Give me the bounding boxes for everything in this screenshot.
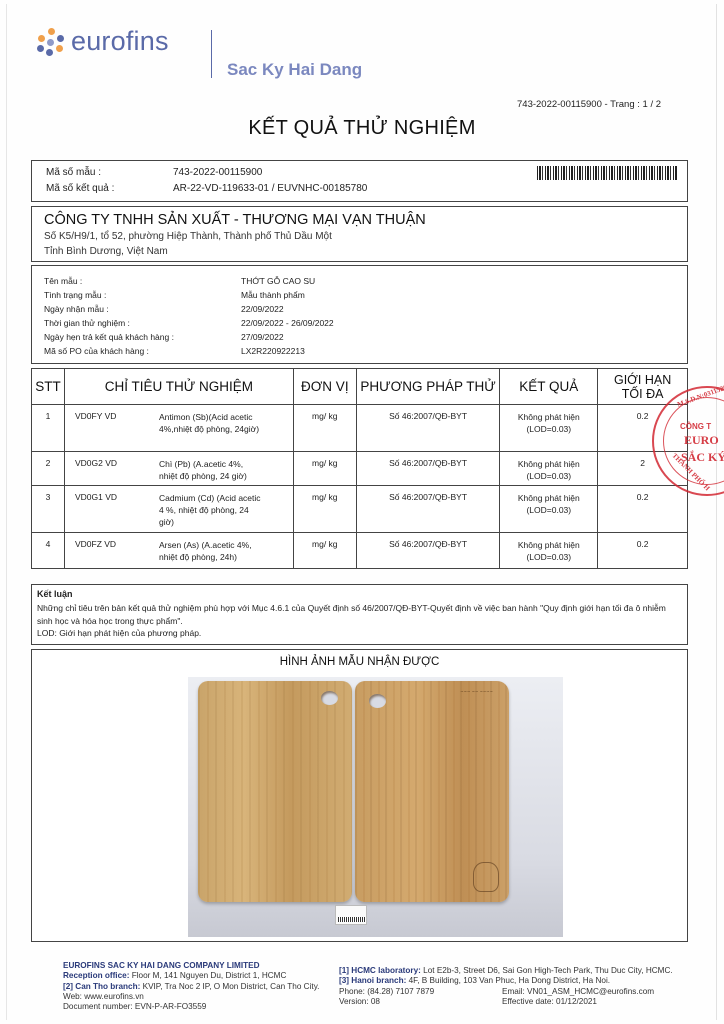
cell-unit: mg/ kg xyxy=(293,452,356,486)
sample-info-row: Ngày hẹn trả kết quả khách hàng :27/09/2… xyxy=(44,332,284,342)
footer-cantho: [2] Can Tho branch: KVIP, Tra Noc 2 IP, … xyxy=(63,982,319,992)
brand-mark-icon xyxy=(473,862,499,892)
footer-reception-label: Reception office: xyxy=(63,971,129,980)
hang-hole-icon xyxy=(369,694,386,708)
document-title: KẾT QUẢ THỬ NGHIỆM xyxy=(0,117,724,140)
sample-info-label: Ngày nhận mẫu : xyxy=(44,304,241,314)
cell-method: Số 46:2007/QĐ-BYT xyxy=(356,533,500,569)
cell-result: Không phát hiện(LOD=0.03) xyxy=(500,486,598,533)
sample-code-label: Mã số mẫu : xyxy=(46,167,173,178)
header-limit: GIỚI HẠNTỐI ĐA xyxy=(598,369,688,405)
sample-info-row: Tình trạng mẫu :Mẫu thành phẩm xyxy=(44,290,305,300)
conclusion-box: Kết luận Những chỉ tiêu trên bản kết quả… xyxy=(31,584,688,645)
parameter-code: VD0FZ VD xyxy=(75,539,159,563)
cell-unit: mg/ kg xyxy=(293,486,356,533)
cell-limit: 0.2 xyxy=(598,486,688,533)
results-header-row: STT CHỈ TIÊU THỬ NGHIỆM ĐƠN VỊ PHƯƠNG PH… xyxy=(32,369,688,405)
table-row: 2 VD0G2 VDChì (Pb) (A.acetic 4%, nhiệt đ… xyxy=(32,452,688,486)
footer-reception-address: Floor M, 141 Nguyen Du, District 1, HCMC xyxy=(129,971,286,980)
footer-effective-date: Effective date: 01/12/2021 xyxy=(502,997,597,1007)
seal-line2: EURO xyxy=(684,433,719,448)
parameter-name: Arsen (As) (A.acetic 4%, nhiệt độ phòng,… xyxy=(159,539,261,563)
sample-info-label: Thời gian thử nghiệm : xyxy=(44,318,241,328)
header-result: KẾT QUẢ xyxy=(500,369,598,405)
result-lod: (LOD=0.03) xyxy=(526,471,571,481)
customer-address-line2: Tỉnh Bình Dương, Việt Nam xyxy=(44,246,168,257)
footer-hanoi-label: [3] Hanoi branch: xyxy=(339,976,406,985)
result-code-value: AR-22-VD-119633-01 / EUVNHC-00185780 xyxy=(173,183,367,194)
cell-unit: mg/ kg xyxy=(293,533,356,569)
eurofins-logo: eurofins xyxy=(36,26,169,57)
sample-ids-box: Mã số mẫu : 743-2022-00115900 Mã số kết … xyxy=(31,160,688,202)
sample-info-row: Mã số PO của khách hàng :LX2R220922213 xyxy=(44,346,305,356)
cell-parameter: VD0FY VDAntimon (Sb)(Acid acetic 4%,nhiệ… xyxy=(64,405,293,452)
result-lod: (LOD=0.03) xyxy=(526,424,571,434)
sample-label-sticker xyxy=(335,905,367,925)
customer-name: CÔNG TY TNHH SẢN XUẤT - THƯƠNG MẠI VẠN T… xyxy=(44,212,426,228)
footer-phone: Phone: (84.28) 7107 7879 xyxy=(339,987,502,997)
sample-info-value: 22/09/2022 xyxy=(241,304,284,314)
cell-parameter: VD0G1 VDCadmium (Cd) (Acid acetic 4 %, n… xyxy=(64,486,293,533)
table-row: 1 VD0FY VDAntimon (Sb)(Acid acetic 4%,nh… xyxy=(32,405,688,452)
header-limit-line1: GIỚI HẠN xyxy=(614,373,671,387)
cutting-board-right: ~~~ ~~ ~~~~ xyxy=(355,681,509,902)
sample-photo-box: HÌNH ẢNH MẪU NHẬN ĐƯỢC ~~~ ~~ ~~~~ xyxy=(31,649,688,942)
cell-stt: 3 xyxy=(32,486,65,533)
footer-web[interactable]: Web: www.eurofins.vn xyxy=(63,992,319,1002)
cutting-board-left xyxy=(198,681,352,902)
result-lod: (LOD=0.03) xyxy=(526,552,571,562)
footer-version: Version: 08 xyxy=(339,997,502,1007)
footer-cantho-address: KVIP, Tra Noc 2 IP, O Mon District, Can … xyxy=(140,982,319,991)
cell-stt: 4 xyxy=(32,533,65,569)
cell-parameter: VD0G2 VDChì (Pb) (A.acetic 4%, nhiệt độ … xyxy=(64,452,293,486)
sample-code-row: Mã số mẫu : 743-2022-00115900 xyxy=(46,167,262,178)
sample-info-box: Tên mẫu :THỚT GỖ CAO SU Tình trạng mẫu :… xyxy=(31,265,688,364)
table-row: 4 VD0FZ VDArsen (As) (A.acetic 4%, nhiệt… xyxy=(32,533,688,569)
engraved-script-icon: ~~~ ~~ ~~~~ xyxy=(460,689,493,694)
report-page: eurofins Sac Ky Hai Dang 743-2022-001159… xyxy=(0,0,724,1024)
footer-hcmc-lab: [1] HCMC laboratory: Lot E2b-3, Street D… xyxy=(339,966,673,976)
sample-info-row: Tên mẫu :THỚT GỖ CAO SU xyxy=(44,276,315,286)
footer-left: EUROFINS SAC KY HAI DANG COMPANY LIMITED… xyxy=(63,961,319,1012)
lod-note: LOD: Giới hạn phát hiện của phương pháp. xyxy=(37,628,201,638)
footer-hcmc-lab-label: [1] HCMC laboratory: xyxy=(339,966,421,975)
result-text: Không phát hiện xyxy=(518,459,580,469)
cell-parameter: VD0FZ VDArsen (As) (A.acetic 4%, nhiệt đ… xyxy=(64,533,293,569)
footer-email[interactable]: Email: VN01_ASM_HCMC@eurofins.com xyxy=(502,987,654,997)
sample-info-value: LX2R220922213 xyxy=(241,346,305,356)
header-unit: ĐƠN VỊ xyxy=(293,369,356,405)
cell-method: Số 46:2007/QĐ-BYT xyxy=(356,486,500,533)
parameter-name: Antimon (Sb)(Acid acetic 4%,nhiệt độ phò… xyxy=(159,411,261,435)
footer-doc-number: Document number: EVN-P-AR-FO3559 xyxy=(63,1002,319,1012)
footer-company: EUROFINS SAC KY HAI DANG COMPANY LIMITED xyxy=(63,961,319,971)
sample-code-value: 743-2022-00115900 xyxy=(173,167,262,178)
scan-edge-right xyxy=(716,4,717,1020)
cell-method: Số 46:2007/QĐ-BYT xyxy=(356,452,500,486)
cell-stt: 2 xyxy=(32,452,65,486)
parameter-code: VD0FY VD xyxy=(75,411,159,435)
page-reference: 743-2022-00115900 - Trang : 1 / 2 xyxy=(517,99,661,110)
footer-hcmc-lab-address: Lot E2b-3, Street D6, Sai Gon High-Tech … xyxy=(421,966,673,975)
cell-unit: mg/ kg xyxy=(293,405,356,452)
sample-info-label: Ngày hẹn trả kết quả khách hàng : xyxy=(44,332,241,342)
result-code-row: Mã số kết quả : AR-22-VD-119633-01 / EUV… xyxy=(46,183,367,194)
cell-limit: 2 xyxy=(598,452,688,486)
customer-address-line1: Số K5/H9/1, tổ 52, phường Hiệp Thành, Th… xyxy=(44,231,332,242)
parameter-code: VD0G2 VD xyxy=(75,458,159,482)
parameter-name: Chì (Pb) (A.acetic 4%, nhiệt độ phòng, 2… xyxy=(159,458,261,482)
brand-subtitle: Sac Ky Hai Dang xyxy=(227,60,362,80)
cell-result: Không phát hiện(LOD=0.03) xyxy=(500,405,598,452)
header-stt: STT xyxy=(32,369,65,405)
brand-name: eurofins xyxy=(71,26,169,57)
sample-info-value: THỚT GỖ CAO SU xyxy=(241,276,315,286)
parameter-name: Cadmium (Cd) (Acid acetic 4 %, nhiệt độ … xyxy=(159,492,261,528)
cell-stt: 1 xyxy=(32,405,65,452)
footer-hanoi: [3] Hanoi branch: 4F, B Building, 103 Va… xyxy=(339,976,673,986)
sample-info-label: Tên mẫu : xyxy=(44,276,241,286)
customer-box: CÔNG TY TNHH SẢN XUẤT - THƯƠNG MẠI VẠN T… xyxy=(31,206,688,262)
conclusion-title: Kết luận xyxy=(37,589,73,599)
result-lod: (LOD=0.03) xyxy=(526,505,571,515)
table-row: 3 VD0G1 VDCadmium (Cd) (Acid acetic 4 %,… xyxy=(32,486,688,533)
cell-limit: 0.2 xyxy=(598,533,688,569)
cell-result: Không phát hiện(LOD=0.03) xyxy=(500,452,598,486)
sample-info-value: 22/09/2022 - 26/09/2022 xyxy=(241,318,334,328)
barcode-icon xyxy=(537,166,677,180)
sample-info-label: Tình trạng mẫu : xyxy=(44,290,241,300)
logo-divider xyxy=(211,30,212,78)
header-method: PHƯƠNG PHÁP THỬ xyxy=(356,369,500,405)
conclusion-text: Những chỉ tiêu trên bản kết quả thử nghi… xyxy=(37,602,677,640)
header-parameter: CHỈ TIÊU THỬ NGHIỆM xyxy=(64,369,293,405)
footer-reception: Reception office: Floor M, 141 Nguyen Du… xyxy=(63,971,319,981)
sample-info-row: Ngày nhận mẫu :22/09/2022 xyxy=(44,304,284,314)
result-text: Không phát hiện xyxy=(518,412,580,422)
result-code-label: Mã số kết quả : xyxy=(46,183,173,194)
scan-edge-left xyxy=(6,4,7,1020)
sample-info-label: Mã số PO của khách hàng : xyxy=(44,346,241,356)
footer-hanoi-address: 4F, B Building, 103 Van Phuc, Ha Dong Di… xyxy=(406,976,610,985)
sample-info-value: Mẫu thành phẩm xyxy=(241,290,305,300)
footer-right: [1] HCMC laboratory: Lot E2b-3, Street D… xyxy=(339,966,673,1007)
cell-result: Không phát hiện(LOD=0.03) xyxy=(500,533,598,569)
result-text: Không phát hiện xyxy=(518,540,580,550)
cell-limit: 0.2 xyxy=(598,405,688,452)
footer-version-row: Version: 08 Effective date: 01/12/2021 xyxy=(339,997,673,1007)
footer-contact-row: Phone: (84.28) 7107 7879 Email: VN01_ASM… xyxy=(339,987,673,997)
footer-cantho-label: [2] Can Tho branch: xyxy=(63,982,140,991)
sample-info-value: 27/09/2022 xyxy=(241,332,284,342)
results-table: STT CHỈ TIÊU THỬ NGHIỆM ĐƠN VỊ PHƯƠNG PH… xyxy=(31,368,688,569)
result-text: Không phát hiện xyxy=(518,493,580,503)
header-limit-line2: TỐI ĐA xyxy=(622,387,664,401)
sample-photo-title: HÌNH ẢNH MẪU NHẬN ĐƯỢC xyxy=(32,656,687,668)
logo-dots-icon xyxy=(36,27,66,57)
hang-hole-icon xyxy=(321,691,338,705)
conclusion-body: Những chỉ tiêu trên bản kết quả thử nghi… xyxy=(37,603,666,626)
sample-photo: ~~~ ~~ ~~~~ xyxy=(188,677,563,937)
sample-info-row: Thời gian thử nghiệm :22/09/2022 - 26/09… xyxy=(44,318,334,328)
sticker-barcode-icon xyxy=(338,917,366,922)
cell-method: Số 46:2007/QĐ-BYT xyxy=(356,405,500,452)
parameter-code: VD0G1 VD xyxy=(75,492,159,528)
